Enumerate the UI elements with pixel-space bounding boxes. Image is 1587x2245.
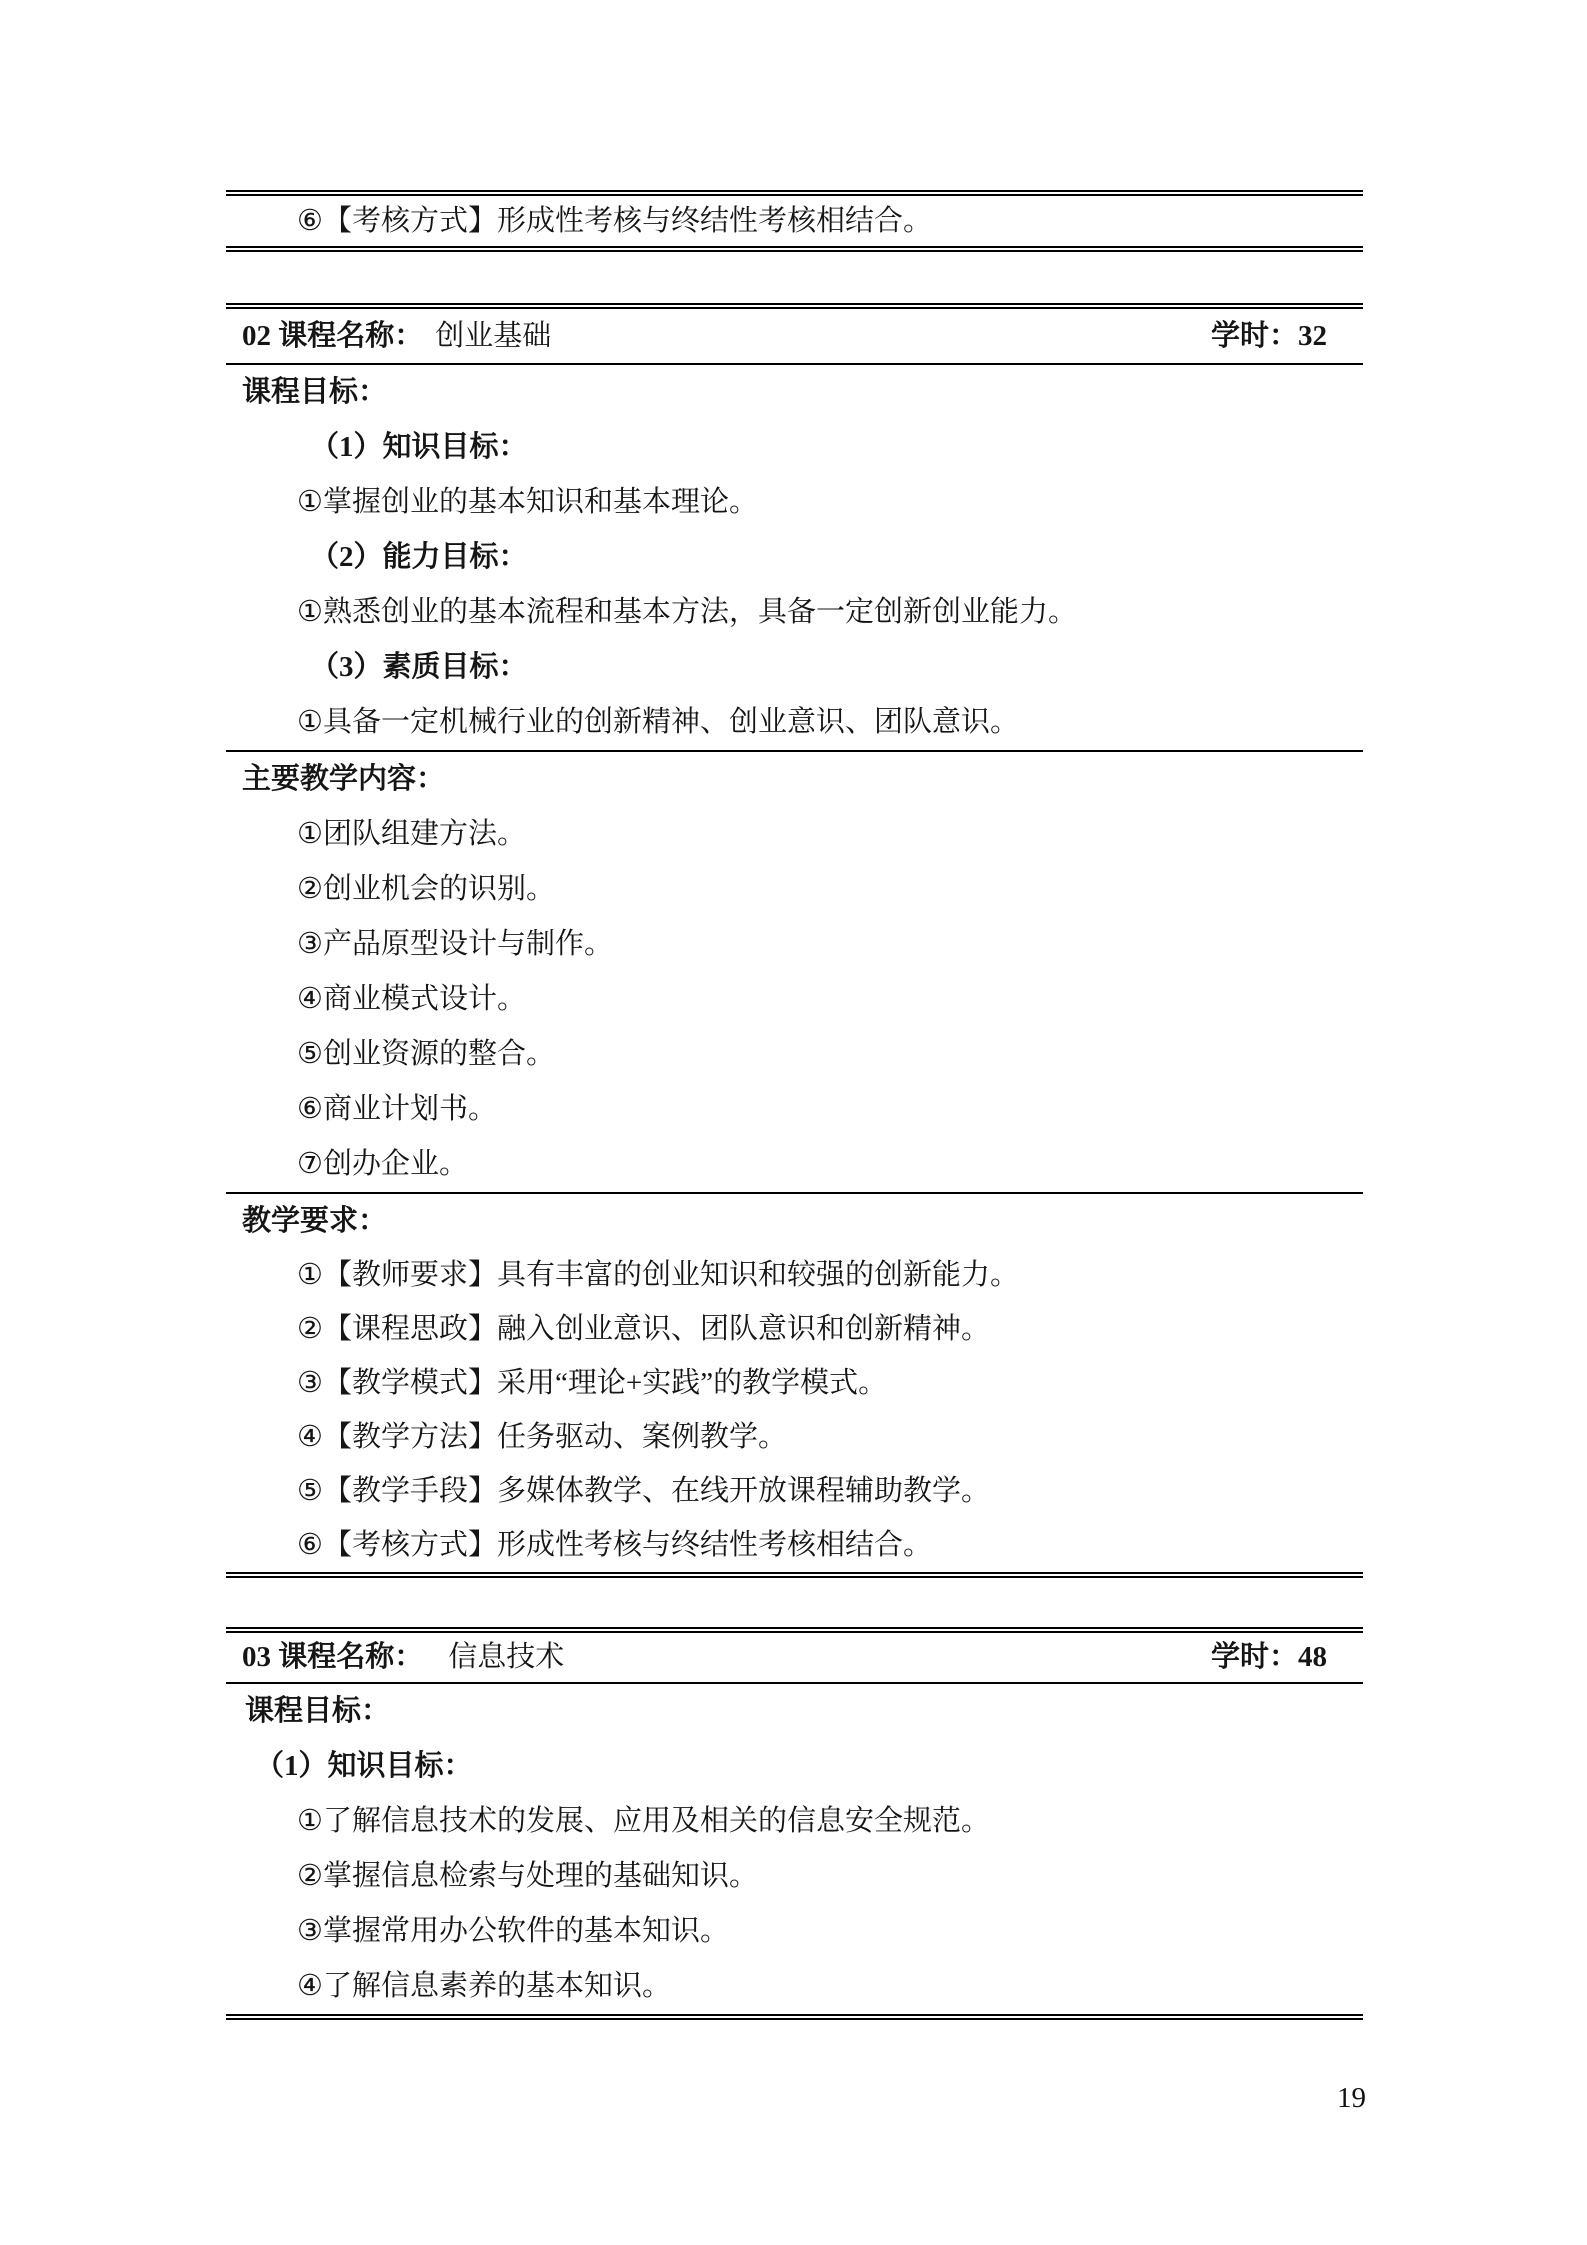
course-02-requirements-cell: 教学要求： ①【教师要求】具有丰富的创业知识和较强的创新能力。 ②【课程思政】融… [226, 1194, 1363, 1572]
knowledge-item-3: ③掌握常用办公软件的基本知识。 [226, 1904, 1363, 1959]
course-02-title-group: 02 课程名称：创业基础 [226, 309, 551, 363]
course-02-hours-value: 32 [1298, 320, 1327, 352]
content-item-3: ③产品原型设计与制作。 [226, 917, 1363, 972]
content-item-7: ⑦创办企业。 [226, 1137, 1363, 1192]
document-page: ⑥【考核方式】形成性考核与终结性考核相结合。 02 课程名称：创业基础 学时：3… [0, 0, 1587, 2245]
requirements-title: 教学要求： [226, 1194, 1363, 1248]
knowledge-item: ①掌握创业的基本知识和基本理论。 [226, 475, 1363, 530]
requirement-item-6: ⑥【考核方式】形成性考核与终结性考核相结合。 [226, 1518, 1363, 1572]
requirement-item-4: ④【教学方法】任务驱动、案例教学。 [226, 1410, 1363, 1464]
requirement-item-5: ⑤【教学手段】多媒体教学、在线开放课程辅助教学。 [226, 1464, 1363, 1518]
quality-item: ①具备一定机械行业的创新精神、创业意识、团队意识。 [226, 695, 1363, 750]
content-item-1: ①团队组建方法。 [226, 807, 1363, 862]
course-02-objectives-cell: 课程目标： （1）知识目标： ①掌握创业的基本知识和基本理论。 （2）能力目标：… [226, 365, 1363, 752]
course-03-hours-value: 48 [1298, 1641, 1327, 1673]
course-03-header-row: 03 课程名称：信息技术 学时：48 [226, 1633, 1363, 1684]
content-item-5: ⑤创业资源的整合。 [226, 1027, 1363, 1082]
course-02-hours-label: 学时： [1211, 320, 1298, 352]
requirement-item-2: ②【课程思政】融入创业意识、团队意识和创新精神。 [226, 1302, 1363, 1356]
course-03-code-label: 03 课程名称： [242, 1641, 423, 1673]
prev-course-table-fragment: ⑥【考核方式】形成性考核与终结性考核相结合。 [226, 190, 1363, 252]
course-03-table: 03 课程名称：信息技术 学时：48 课程目标： （1）知识目标： ①了解信息技… [226, 1627, 1363, 2020]
requirement-item-3: ③【教学模式】采用“理论+实践”的教学模式。 [226, 1356, 1363, 1410]
course-02-header-row: 02 课程名称：创业基础 学时：32 [226, 309, 1363, 365]
course-02-content-cell: 主要教学内容： ①团队组建方法。 ②创业机会的识别。 ③产品原型设计与制作。 ④… [226, 752, 1363, 1194]
requirement-item-1: ①【教师要求】具有丰富的创业知识和较强的创新能力。 [226, 1248, 1363, 1302]
ability-subhead: （2）能力目标： [226, 530, 1363, 585]
content-title: 主要教学内容： [226, 752, 1363, 807]
quality-subhead: （3）素质目标： [226, 640, 1363, 695]
course-02-name: 创业基础 [435, 320, 551, 352]
ability-item: ①熟悉创业的基本流程和基本方法，具备一定创新创业能力。 [226, 585, 1363, 640]
course-03-objectives-cell: 课程目标： （1）知识目标： ①了解信息技术的发展、应用及相关的信息安全规范。 … [226, 1684, 1363, 2014]
objectives-title: 课程目标： [226, 365, 1363, 420]
course-02-hours-group: 学时：32 [1211, 309, 1363, 363]
objectives-title: 课程目标： [226, 1684, 1363, 1739]
knowledge-subhead: （1）知识目标： [226, 1739, 1363, 1794]
course-03-title-group: 03 课程名称：信息技术 [226, 1633, 564, 1682]
course-03-hours-group: 学时：48 [1211, 1633, 1363, 1682]
content-item-2: ②创业机会的识别。 [226, 862, 1363, 917]
knowledge-item-4: ④了解信息素养的基本知识。 [226, 1959, 1363, 2014]
knowledge-subhead: （1）知识目标： [226, 420, 1363, 475]
content-item-6: ⑥商业计划书。 [226, 1082, 1363, 1137]
course-03-hours-label: 学时： [1211, 1641, 1298, 1673]
course-03-name: 信息技术 [448, 1641, 564, 1673]
prev-assessment-method-line: ⑥【考核方式】形成性考核与终结性考核相结合。 [226, 196, 1363, 246]
page-number: 19 [1337, 2082, 1366, 2115]
knowledge-item-2: ②掌握信息检索与处理的基础知识。 [226, 1849, 1363, 1904]
course-02-code-label: 02 课程名称： [242, 320, 423, 352]
content-item-4: ④商业模式设计。 [226, 972, 1363, 1027]
course-02-table: 02 课程名称：创业基础 学时：32 课程目标： （1）知识目标： ①掌握创业的… [226, 303, 1363, 1578]
knowledge-item-1: ①了解信息技术的发展、应用及相关的信息安全规范。 [226, 1794, 1363, 1849]
